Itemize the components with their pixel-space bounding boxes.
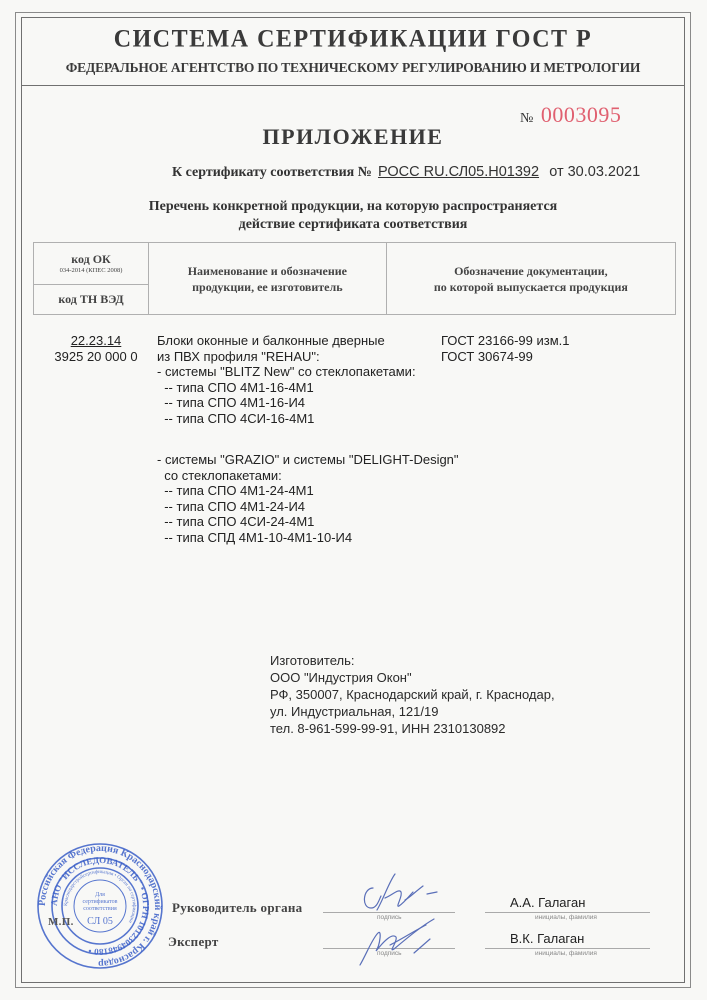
header-product-name: Наименование и обозначение продукции, ее… <box>149 243 387 315</box>
product-line: со стеклопакетами: <box>157 468 459 484</box>
list-title-line1: Перечень конкретной продукции, на котору… <box>21 198 685 216</box>
product-line: -- типа СПО 4СИ-16-4М1 <box>157 411 416 427</box>
product-line: -- типа СПО 4М1-16-И4 <box>157 395 416 411</box>
product-line: - системы "BLITZ New" со стеклопакетами: <box>157 364 416 380</box>
certificate-reference: К сертификату соответствия № РОСС RU.СЛ0… <box>172 163 640 181</box>
expert-label: Эксперт <box>168 934 219 950</box>
header-tn-ved-code: код ТН ВЭД <box>34 285 149 315</box>
product-line: из ПВХ профиля "REHAU": <box>157 349 416 365</box>
product-line: - системы "GRAZIO" и системы "DELIGHT-De… <box>157 452 459 468</box>
list-title: Перечень конкретной продукции, на котору… <box>21 198 685 234</box>
expert-name: В.К. Галаган <box>510 931 584 946</box>
agency-subtitle: ФЕДЕРАЛЬНОЕ АГЕНТСТВО ПО ТЕХНИЧЕСКОМУ РЕ… <box>21 60 685 76</box>
official-stamp-icon: Российская Федерация Краснодарский край … <box>36 842 164 970</box>
header-divider <box>21 85 685 86</box>
head-name: А.А. Галаган <box>510 895 585 910</box>
product-line: Блоки оконные и балконные дверные <box>157 333 416 349</box>
ok-code-standard: 034-2014 (КПЕС 2008) <box>34 266 148 275</box>
document-title: ПРИЛОЖЕНИЕ <box>21 124 685 150</box>
expert-name-line <box>485 948 650 949</box>
ok-code-value: 22.23.14 <box>46 333 146 349</box>
manufacturer-line: ООО "Индустрия Окон" <box>270 669 555 686</box>
product-line: -- типа СПО 4М1-16-4М1 <box>157 380 416 396</box>
product-description-continued: - системы "GRAZIO" и системы "DELIGHT-De… <box>157 452 459 545</box>
svg-text:соответствия: соответствия <box>83 906 117 912</box>
manufacturer-line: тел. 8-961-599-99-91, ИНН 2310130892 <box>270 720 555 737</box>
tn-ved-code-value: 3925 20 000 0 <box>46 349 146 365</box>
docs-header-line1: Обозначение документации, <box>387 263 675 279</box>
head-of-body-label: Руководитель органа <box>172 900 302 916</box>
product-line: -- типа СПД 4М1-10-4М1-10-И4 <box>157 530 459 546</box>
system-title: СИСТЕМА СЕРТИФИКАЦИИ ГОСТ Р <box>21 25 685 53</box>
documentation-list: ГОСТ 23166-99 изм.1ГОСТ 30674-99 <box>441 333 569 364</box>
certificate-date: от 30.03.2021 <box>549 164 640 180</box>
svg-text:Для: Для <box>95 892 105 898</box>
product-codes: 22.23.14 3925 20 000 0 <box>46 333 146 364</box>
manufacturer-line: Изготовитель: <box>270 652 555 669</box>
product-description: Блоки оконные и балконные дверныеиз ПВХ … <box>157 333 416 426</box>
svg-text:сертификатов: сертификатов <box>83 898 118 905</box>
manufacturer-info: Изготовитель:ООО "Индустрия Окон"РФ, 350… <box>270 652 555 737</box>
manufacturer-line: ул. Индустриальная, 121/19 <box>270 703 555 720</box>
head-name-line <box>485 912 650 913</box>
svg-text:СЛ 05: СЛ 05 <box>87 916 113 927</box>
certificate-label: К сертификату соответствия № <box>172 165 372 180</box>
docs-header-line2: по которой выпускается продукция <box>387 279 675 295</box>
list-title-line2: действие сертификата соответствия <box>21 216 685 234</box>
expert-signature-icon <box>350 915 450 970</box>
product-header-line1: Наименование и обозначение <box>149 263 386 279</box>
header-ok-code: код ОК 034-2014 (КПЕС 2008) <box>34 243 149 285</box>
stamp-place-mark: М.П. <box>48 916 74 928</box>
product-line: -- типа СПО 4М1-24-4М1 <box>157 483 459 499</box>
head-name-caption: инициалы, фамилия <box>535 914 597 921</box>
expert-name-caption: инициалы, фамилия <box>535 950 597 957</box>
product-line: -- типа СПО 4М1-24-И4 <box>157 499 459 515</box>
ok-code-label: код ОК <box>34 253 148 266</box>
head-signature-icon <box>355 870 445 920</box>
certificate-number: РОСС RU.СЛ05.Н01392 <box>378 164 539 180</box>
product-line: -- типа СПО 4СИ-24-4М1 <box>157 514 459 530</box>
manufacturer-line: РФ, 350007, Краснодарский край, г. Красн… <box>270 686 555 703</box>
documentation-item: ГОСТ 23166-99 изм.1 <box>441 333 569 349</box>
product-header-line2: продукции, ее изготовитель <box>149 279 386 295</box>
documentation-item: ГОСТ 30674-99 <box>441 349 569 365</box>
header-documentation: Обозначение документации, по которой вып… <box>386 243 675 315</box>
products-table-header: код ОК 034-2014 (КПЕС 2008) Наименование… <box>33 242 676 315</box>
